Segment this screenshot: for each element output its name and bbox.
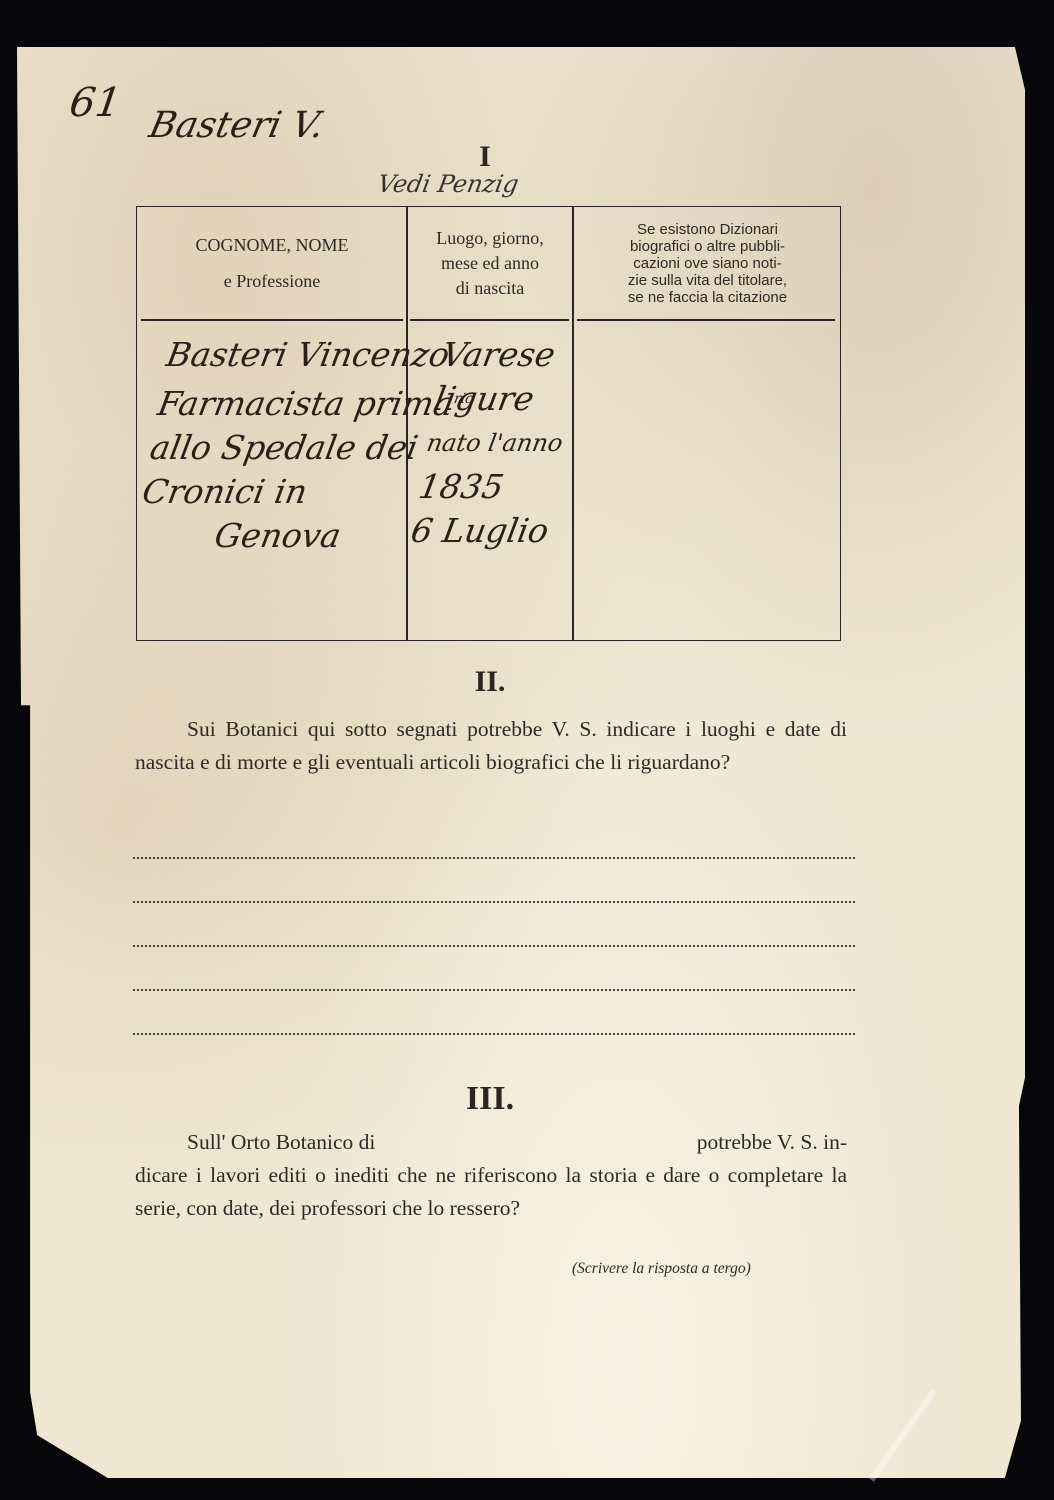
header-birth-place-date: Luogo, giorno, mese ed anno di nascita bbox=[407, 207, 573, 319]
write-on-back-note: (Scrivere la risposta a tergo) bbox=[572, 1260, 751, 1278]
header-citations: Se esistono Dizionari biografici o altre… bbox=[573, 207, 842, 319]
header-rule bbox=[577, 319, 835, 321]
answer-line[interactable] bbox=[133, 989, 855, 991]
section-3-question: Sull' Orto Botanico di potrebbe V. S. in… bbox=[135, 1126, 847, 1225]
name-annotation: Basteri V. bbox=[146, 105, 328, 146]
header-rule bbox=[141, 319, 403, 321]
section-1-numeral: I bbox=[460, 140, 510, 174]
header-rule bbox=[410, 319, 569, 321]
header-name-profession: COGNOME, NOME e Professione bbox=[137, 207, 407, 319]
cross-reference-note: Vedi Penzig bbox=[376, 170, 521, 198]
answer-line[interactable] bbox=[133, 857, 855, 859]
biography-table: COGNOME, NOME e Professione Luogo, giorn… bbox=[136, 206, 841, 641]
section-2-numeral: II. bbox=[440, 665, 540, 699]
answer-line[interactable] bbox=[133, 945, 855, 947]
folio-number: 61 bbox=[67, 80, 124, 126]
answer-line[interactable] bbox=[133, 901, 855, 903]
answer-line[interactable] bbox=[133, 1033, 855, 1035]
section-3-numeral: III. bbox=[440, 1080, 540, 1118]
section-2-question: Sui Botanici qui sotto segnati potrebbe … bbox=[135, 713, 847, 779]
